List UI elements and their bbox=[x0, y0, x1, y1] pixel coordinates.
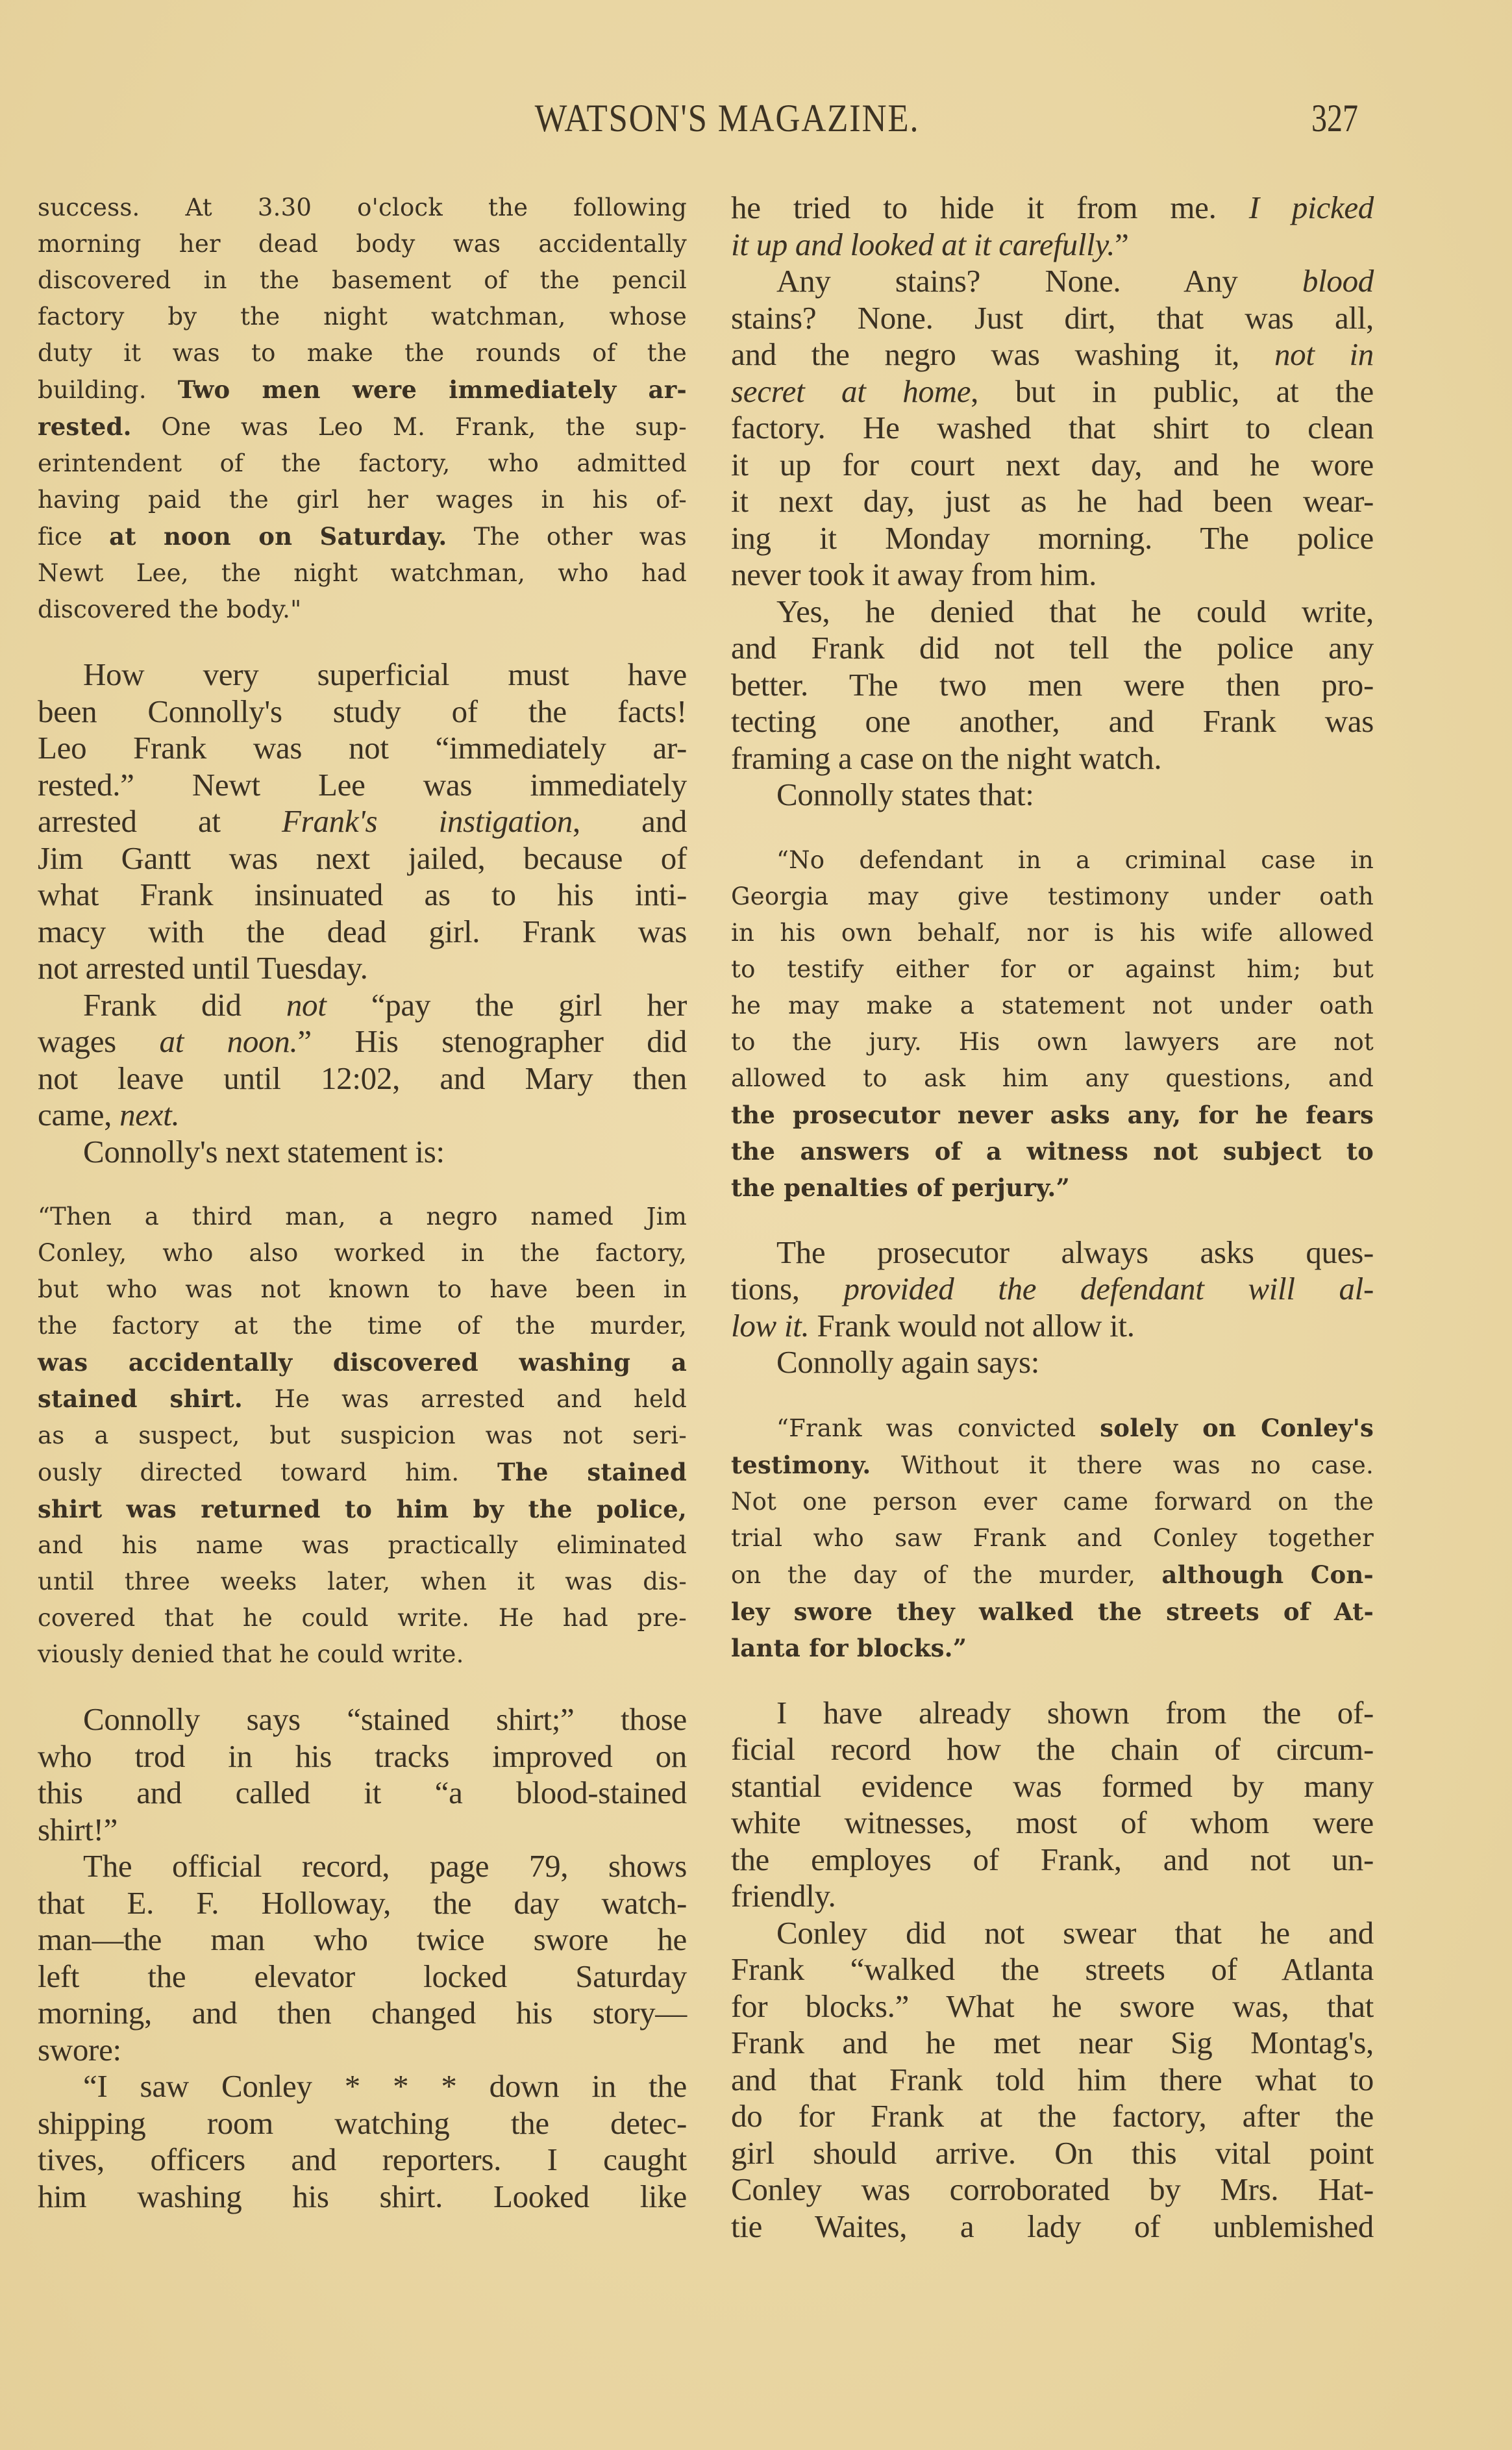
text-line: allowed to ask him any questions, and bbox=[731, 1060, 1374, 1097]
running-header: WATSON'S MAGAZINE. 327 bbox=[0, 96, 1512, 148]
text-line: the penalties of perjury.” bbox=[731, 1169, 1374, 1206]
text-line: “Frank was convicted solely on Conley's bbox=[731, 1410, 1374, 1447]
text-line: factory. He washed that shirt to clean bbox=[731, 410, 1374, 447]
text-line: Not one person ever came forward on the bbox=[731, 1484, 1374, 1520]
text-run: arrested at bbox=[38, 803, 282, 839]
text-line: but who was not known to have been in bbox=[38, 1271, 687, 1308]
text-line: fice at noon on Saturday. The other was bbox=[38, 518, 687, 555]
text-line: trial who saw Frank and Conley together bbox=[731, 1520, 1374, 1556]
italic-run: not bbox=[286, 987, 327, 1023]
text-line: Leo Frank was not “immediately ar- bbox=[38, 730, 687, 767]
right-column: he tried to hide it from me. I picked it… bbox=[731, 190, 1374, 2245]
text-line: him washing his shirt. Looked like bbox=[38, 2179, 687, 2216]
text-line: ously directed toward him. The stained bbox=[38, 1454, 687, 1491]
text-line: not leave until 12:02, and Mary then bbox=[38, 1060, 687, 1097]
text-line: discovered in the basement of the pencil bbox=[38, 262, 687, 299]
text-line: tecting one another, and Frank was bbox=[731, 703, 1374, 740]
text-line: The official record, page 79, shows bbox=[38, 1848, 687, 1885]
italic-run: secret at home bbox=[731, 373, 971, 409]
bold-run: stained shirt. bbox=[38, 1384, 243, 1413]
text-run: came, bbox=[38, 1097, 119, 1132]
text-line: he may make a statement not under oath bbox=[731, 988, 1374, 1024]
text-line: I have already shown from the of- bbox=[731, 1695, 1374, 1732]
quote-block-georgia-law: “No defendant in a criminal case in Geor… bbox=[731, 842, 1374, 1206]
text-line: shirt!” bbox=[38, 1812, 687, 1849]
text-line: rested.” Newt Lee was immediately bbox=[38, 767, 687, 804]
text-run: Without it there was no case. bbox=[871, 1451, 1374, 1479]
text-run: Frank would not allow it. bbox=[809, 1308, 1134, 1344]
text-run: ” bbox=[1115, 227, 1128, 262]
text-line: friendly. bbox=[731, 1878, 1374, 1915]
paragraph-superficial: How very superficial must have been Conn… bbox=[38, 656, 687, 1170]
text-run: The other was bbox=[447, 523, 688, 551]
text-line: success. At 3.30 o'clock the following bbox=[38, 190, 687, 226]
text-line: arrested at Frank's instigation, and bbox=[38, 803, 687, 840]
text-line: “I saw Conley * * * down in the bbox=[38, 2068, 687, 2105]
text-line: and his name was practically eliminated bbox=[38, 1527, 687, 1564]
text-line: viously denied that he could write. bbox=[38, 1636, 687, 1673]
magazine-title: WATSON'S MAGAZINE. bbox=[499, 96, 956, 141]
bold-run: rested. bbox=[38, 412, 132, 441]
text-line: for blocks.” What he swore was, that bbox=[731, 1988, 1374, 2025]
text-run: building. bbox=[38, 376, 178, 404]
text-line: Connolly again says: bbox=[731, 1344, 1374, 1381]
text-run: , but in public, at the bbox=[971, 373, 1374, 409]
text-line: and that Frank told him there what to bbox=[731, 2062, 1374, 2099]
text-line: that E. F. Holloway, the day watch- bbox=[38, 1885, 687, 1922]
italic-run: I picked bbox=[1249, 190, 1374, 225]
text-line: until three weeks later, when it was dis… bbox=[38, 1564, 687, 1600]
text-line: “Then a third man, a negro named Jim bbox=[38, 1199, 687, 1235]
text-line: framing a case on the night watch. bbox=[731, 740, 1374, 777]
text-line: Conley was corroborated by Mrs. Hat- bbox=[731, 2171, 1374, 2208]
text-run: he tried to hide it from me. bbox=[731, 190, 1249, 225]
bold-run: although Con- bbox=[1161, 1560, 1374, 1589]
text-line: Frank and he met near Sig Montag's, bbox=[731, 2025, 1374, 2062]
text-line: lanta for blocks.” bbox=[731, 1630, 1374, 1666]
text-line: How very superficial must have bbox=[38, 656, 687, 694]
text-line: Connolly's next statement is: bbox=[38, 1134, 687, 1171]
text-line: do for Frank at the factory, after the bbox=[731, 2098, 1374, 2135]
text-line: Conley did not swear that he and bbox=[731, 1915, 1374, 1952]
text-line: he tried to hide it from me. I picked bbox=[731, 190, 1374, 227]
bold-run: The stained bbox=[497, 1458, 687, 1486]
text-line: the prosecutor never asks any, for he fe… bbox=[731, 1097, 1374, 1133]
text-line: was accidentally discovered washing a bbox=[38, 1344, 687, 1381]
italic-run: instigation bbox=[439, 803, 573, 839]
text-line: it next day, just as he had been wear- bbox=[731, 483, 1374, 520]
text-line: the factory at the time of the murder, bbox=[38, 1308, 687, 1344]
text-line: to the jury. His own lawyers are not bbox=[731, 1024, 1374, 1060]
text-line: Conley, who also worked in the factory, bbox=[38, 1235, 687, 1271]
text-line: covered that he could write. He had pre- bbox=[38, 1600, 687, 1636]
text-run: fice bbox=[38, 523, 109, 551]
text-line: in his own behalf, nor is his wife allow… bbox=[731, 915, 1374, 951]
paragraph-prosecutor: The prosecutor always asks ques- tions, … bbox=[731, 1234, 1374, 1381]
italic-run: low it. bbox=[731, 1308, 809, 1344]
text-run: “pay the girl her bbox=[327, 987, 687, 1023]
bold-run: at noon on Saturday. bbox=[109, 522, 447, 551]
text-line: morning, and then changed his story— bbox=[38, 1995, 687, 2032]
text-run: tions, bbox=[731, 1271, 844, 1306]
text-line: stained shirt. He was arrested and held bbox=[38, 1381, 687, 1418]
text-line: Any stains? None. Any blood bbox=[731, 263, 1374, 300]
text-line: and Frank did not tell the police any bbox=[731, 630, 1374, 667]
text-line: as a suspect, but suspicion was not seri… bbox=[38, 1418, 687, 1454]
text-line: not arrested until Tuesday. bbox=[38, 950, 687, 987]
text-run: ously directed toward him. bbox=[38, 1458, 497, 1486]
paragraph-stained-shirt: Connolly says “stained shirt;” those who… bbox=[38, 1701, 687, 2215]
text-run: Any stains? None. Any bbox=[776, 263, 1302, 299]
text-line: ficial record how the chain of circum- bbox=[731, 1731, 1374, 1768]
text-line: Frank “walked the streets of Atlanta bbox=[731, 1951, 1374, 1988]
text-line: never took it away from him. bbox=[731, 556, 1374, 594]
text-line: tives, officers and reporters. I caught bbox=[38, 2142, 687, 2179]
text-line: been Connolly's study of the facts! bbox=[38, 694, 687, 731]
quote-block-connolly-2: “Then a third man, a negro named Jim Con… bbox=[38, 1199, 687, 1673]
text-line: shirt was returned to him by the police, bbox=[38, 1491, 687, 1527]
text-line: having paid the girl her wages in his of… bbox=[38, 482, 687, 518]
text-line: The prosecutor always asks ques- bbox=[731, 1234, 1374, 1271]
text-line: discovered the body." bbox=[38, 592, 687, 628]
italic-run: at noon. bbox=[160, 1023, 298, 1059]
text-line: testimony. Without it there was no case. bbox=[731, 1447, 1374, 1484]
text-line: girl should arrive. On this vital point bbox=[731, 2135, 1374, 2172]
text-line: ing it Monday morning. The police bbox=[731, 520, 1374, 557]
text-line: to testify either for or against him; bu… bbox=[731, 951, 1374, 988]
text-line: Connolly states that: bbox=[731, 777, 1374, 814]
text-line: Georgia may give testimony under oath bbox=[731, 879, 1374, 915]
italic-run: not in bbox=[1274, 336, 1374, 372]
paragraph-holloway-continued: he tried to hide it from me. I picked it… bbox=[731, 190, 1374, 814]
quote-block-convicted: “Frank was convicted solely on Conley's … bbox=[731, 1410, 1374, 1666]
bold-run: solely on Conley's bbox=[1100, 1414, 1374, 1442]
text-line: Yes, he denied that he could write, bbox=[731, 594, 1374, 631]
text-line: Newt Lee, the night watchman, who had bbox=[38, 555, 687, 592]
quote-block-connolly-1: success. At 3.30 o'clock the following m… bbox=[38, 190, 687, 628]
text-line: and the negro was washing it, not in bbox=[731, 336, 1374, 373]
bold-run: Two men were immediately ar- bbox=[178, 375, 687, 404]
text-line: white witnesses, most of whom were bbox=[731, 1805, 1374, 1842]
italic-run: it up and looked at it carefully. bbox=[731, 227, 1115, 262]
bold-run: testimony. bbox=[731, 1451, 871, 1479]
text-line: stantial evidence was formed by many bbox=[731, 1768, 1374, 1805]
text-line: duty it was to make the rounds of the bbox=[38, 335, 687, 371]
text-run: on the day of the murder, bbox=[731, 1561, 1161, 1589]
text-line: who trod in his tracks improved on bbox=[38, 1738, 687, 1775]
text-line: what Frank insinuated as to his inti- bbox=[38, 877, 687, 914]
text-line: stains? None. Just dirt, that was all, bbox=[731, 300, 1374, 337]
text-run: “Frank was convicted bbox=[776, 1414, 1100, 1442]
text-run: wages bbox=[38, 1023, 160, 1059]
text-run: and the negro was washing it, bbox=[731, 336, 1274, 372]
text-line: swore: bbox=[38, 2032, 687, 2069]
text-line: on the day of the murder, although Con- bbox=[731, 1556, 1374, 1594]
italic-run: Frank's bbox=[282, 803, 377, 839]
text-run: He was arrested and held bbox=[243, 1385, 687, 1413]
text-line: left the elevator locked Saturday bbox=[38, 1958, 687, 1995]
paragraph-official-record: I have already shown from the of- ficial… bbox=[731, 1695, 1374, 2245]
text-line: Connolly says “stained shirt;” those bbox=[38, 1701, 687, 1738]
text-line: “No defendant in a criminal case in bbox=[731, 842, 1374, 879]
text-line: tie Waites, a lady of unblemished bbox=[731, 2208, 1374, 2245]
text-line: secret at home, but in public, at the bbox=[731, 373, 1374, 410]
text-run bbox=[132, 413, 162, 441]
text-line: morning her dead body was accidentally bbox=[38, 226, 687, 262]
page-number: 327 bbox=[1311, 96, 1358, 141]
text-line: it up for court next day, and he wore bbox=[731, 447, 1374, 484]
text-line: low it. Frank would not allow it. bbox=[731, 1308, 1374, 1345]
text-line: it up and looked at it carefully.” bbox=[731, 227, 1374, 264]
text-line: ley swore they walked the streets of At- bbox=[731, 1594, 1374, 1630]
text-line: wages at noon.” His stenographer did bbox=[38, 1023, 687, 1060]
text-line: came, next. bbox=[38, 1097, 687, 1134]
italic-run: blood bbox=[1302, 263, 1374, 299]
text-run: , and bbox=[573, 803, 687, 839]
italic-run: provided the defendant will al- bbox=[844, 1271, 1374, 1306]
text-run: ” His stenographer did bbox=[297, 1023, 687, 1059]
left-column: success. At 3.30 o'clock the following m… bbox=[38, 190, 687, 2215]
text-line: erintendent of the factory, who admitted bbox=[38, 445, 687, 482]
text-line: man—the man who twice swore he bbox=[38, 1921, 687, 1958]
italic-run: next. bbox=[119, 1097, 179, 1132]
text-run: Frank did bbox=[83, 987, 286, 1023]
text-run: One was Leo M. Frank, the sup- bbox=[161, 413, 687, 441]
text-line: shipping room watching the detec- bbox=[38, 2105, 687, 2142]
text-line: tions, provided the defendant will al- bbox=[731, 1271, 1374, 1308]
text-line: factory by the night watchman, whose bbox=[38, 299, 687, 335]
text-line: rested. One was Leo M. Frank, the sup- bbox=[38, 408, 687, 445]
text-line: macy with the dead girl. Frank was bbox=[38, 914, 687, 951]
text-line: the employes of Frank, and not un- bbox=[731, 1842, 1374, 1879]
text-line: Frank did not “pay the girl her bbox=[38, 987, 687, 1024]
text-line: Jim Gantt was next jailed, because of bbox=[38, 840, 687, 877]
text-line: building. Two men were immediately ar- bbox=[38, 371, 687, 408]
text-line: better. The two men were then pro- bbox=[731, 667, 1374, 704]
text-line: this and called it “a blood-stained bbox=[38, 1775, 687, 1812]
text-line: the answers of a witness not subject to bbox=[731, 1133, 1374, 1169]
